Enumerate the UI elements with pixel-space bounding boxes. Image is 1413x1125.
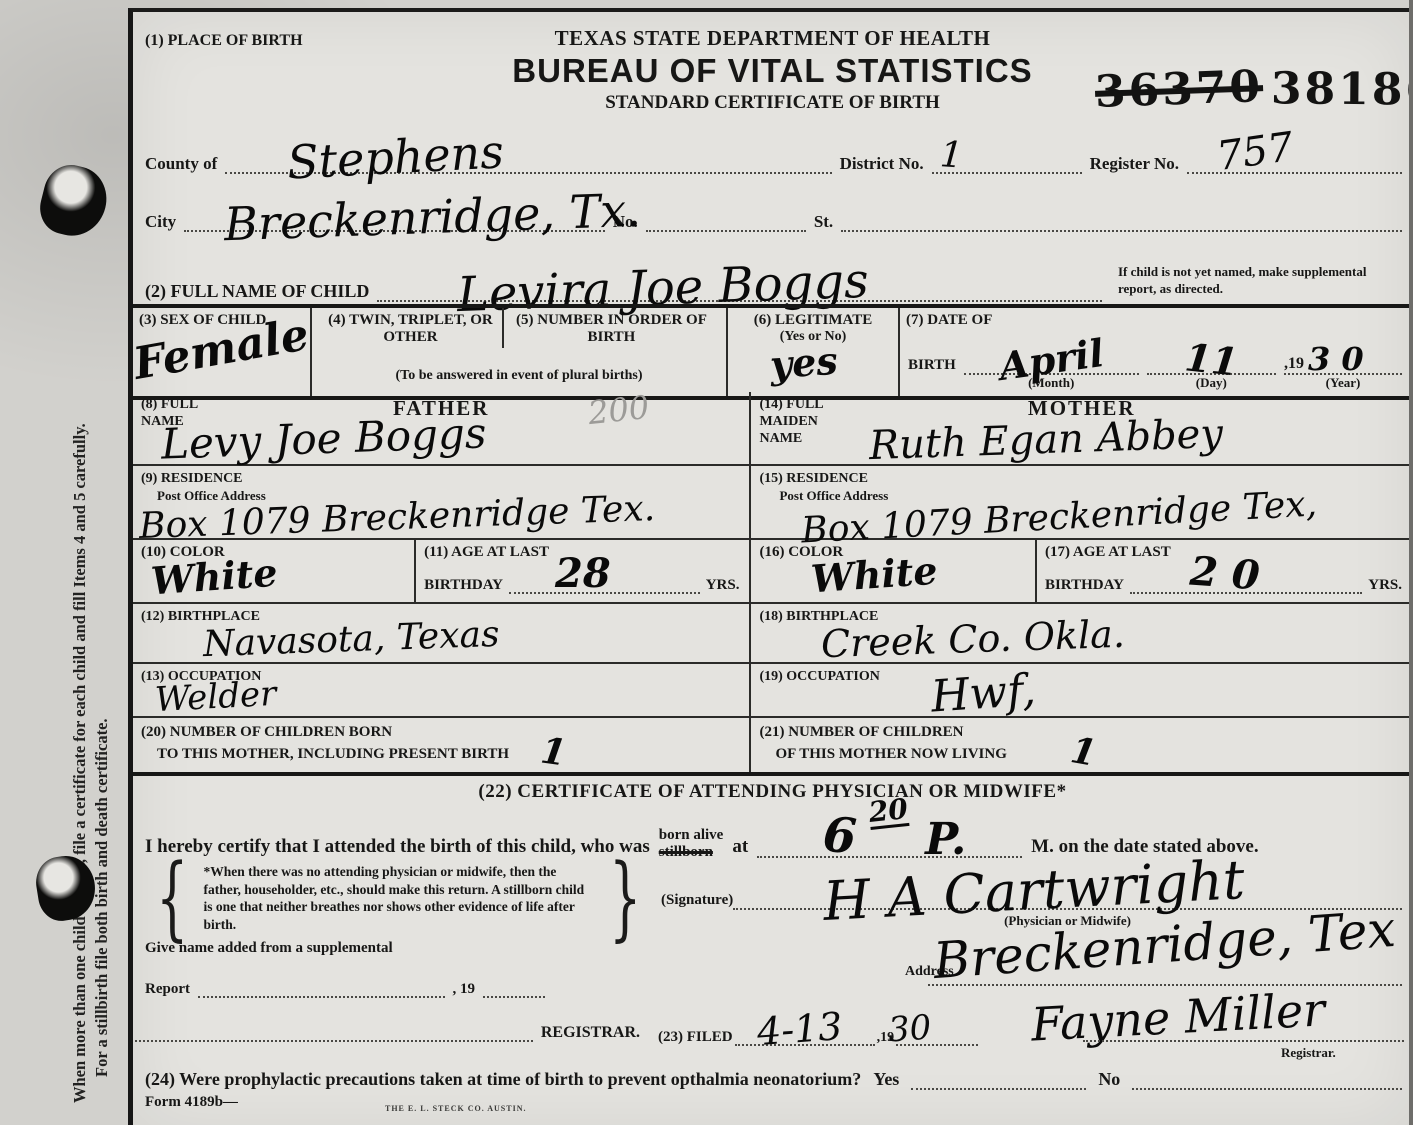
father-pencil-note: 200	[586, 391, 650, 429]
mother-age-cell: (17) AGE AT LAST BIRTHDAY 2 0 YRS.	[1037, 540, 1412, 602]
file-number-new: 38186	[1271, 63, 1413, 115]
birth-day-value: 11	[1183, 338, 1240, 381]
mother-age-line: 2 0	[1130, 584, 1362, 594]
mother-column: MOTHER (14) FULL MAIDEN NAME Ruth Egan A…	[751, 392, 1412, 774]
legitimate-box: (6) LEGITIMATE (Yes or No) yes	[728, 308, 900, 396]
yes-label: Yes	[873, 1069, 899, 1090]
mother-birthplace-row: (18) BIRTHPLACE Creek Co. Okla.	[751, 604, 1412, 664]
mother-residence-label: (15) RESIDENCE	[759, 471, 868, 488]
father-age-sublabel: BIRTHDAY	[424, 577, 503, 594]
question-24-row: (24) Were prophylactic precautions taken…	[145, 1058, 1402, 1090]
father-age-line: 28	[509, 584, 700, 594]
father-color-age-row: (10) COLOR White (11) AGE AT LAST BIRTHD…	[133, 540, 749, 604]
filed-date-value: 4-13	[755, 1007, 843, 1051]
unnamed-child-note: If child is not yet named, make suppleme…	[1118, 264, 1408, 298]
father-age-label: (11) AGE AT LAST	[424, 544, 549, 560]
father-residence-label: (9) RESIDENCE	[141, 471, 243, 488]
father-age-unit: YRS.	[706, 577, 740, 594]
yes-line	[911, 1080, 1086, 1090]
filed-date-line: 4-13	[735, 1034, 875, 1046]
city-value: Breckenridge, Tx.	[223, 187, 641, 248]
plural-box-divider	[502, 308, 504, 348]
children-born-sublabel: TO THIS MOTHER, INCLUDING PRESENT BIRTH	[157, 746, 509, 762]
children-born-row: (20) NUMBER OF CHILDREN BORN TO THIS MOT…	[133, 718, 749, 778]
city-label: City	[145, 212, 176, 232]
report-line	[198, 986, 445, 998]
children-born-sublabel-wrap: TO THIS MOTHER, INCLUDING PRESENT BIRTH …	[157, 734, 566, 770]
plural-note: (To be answered in event of plural birth…	[312, 368, 726, 384]
report-label: Report	[145, 981, 190, 998]
registrar-line	[135, 1030, 533, 1042]
father-age-cell: (11) AGE AT LAST BIRTHDAY 28 YRS.	[416, 540, 749, 602]
no-line	[1132, 1080, 1402, 1090]
report-year-printed: , 19	[453, 981, 476, 998]
born-alive-option: born alive	[659, 827, 724, 844]
mother-residence-sublabel: Post Office Address	[779, 488, 888, 504]
father-age-value: 28	[555, 554, 611, 594]
registrar-label: REGISTRAR.	[541, 1024, 640, 1042]
county-label: County of	[145, 154, 217, 174]
birth-day-field: 11 (Day)	[1147, 341, 1276, 392]
time-line: 6 20 P.	[757, 812, 1022, 858]
father-column: FATHER (8) FULL NAME Levy Joe Boggs 200 …	[133, 392, 751, 774]
parents-table: FATHER (8) FULL NAME Levy Joe Boggs 200 …	[133, 392, 1412, 774]
district-value: 1	[938, 137, 963, 175]
time-hour-value: 6	[822, 811, 859, 861]
legitimate-value: yes	[769, 342, 839, 385]
mother-birthplace-value: Creek Co. Okla.	[821, 615, 1126, 664]
born-alive-stack: born alive stillborn	[659, 827, 724, 862]
question-24-text: (24) Were prophylactic precautions taken…	[145, 1069, 861, 1090]
child-name-line: Levira Joe Boggs	[377, 290, 1102, 302]
street-label: St.	[814, 212, 833, 232]
form-number: Form 4189b—	[145, 1094, 238, 1111]
birth-label: BIRTH	[908, 357, 956, 374]
mother-name-row: MOTHER (14) FULL MAIDEN NAME Ruth Egan A…	[751, 392, 1412, 466]
filed-year-line: 30	[896, 1034, 978, 1046]
legitimate-label: (6) LEGITIMATE	[734, 312, 892, 329]
certify-text: I hereby certify that I attended the bir…	[145, 836, 650, 858]
printer-mark: THE E. L. STECK CO. AUSTIN.	[385, 1104, 526, 1113]
certificate-form: (1) PLACE OF BIRTH TEXAS STATE DEPARTMEN…	[128, 8, 1412, 1125]
file-number-stamp: 36370 38186	[1095, 64, 1413, 115]
address-line	[928, 984, 1402, 986]
registrar-signature-line	[1083, 1040, 1404, 1042]
district-line: 1	[932, 162, 1082, 174]
county-value: Stephens	[286, 128, 505, 185]
county-line: Stephens	[225, 162, 831, 174]
child-name-label: (2) FULL NAME OF CHILD	[145, 281, 369, 302]
children-living-sublabel: OF THIS MOTHER NOW LIVING	[775, 746, 1006, 762]
father-residence-row: (9) RESIDENCE Post Office Address Box 10…	[133, 466, 749, 540]
district-label: District No.	[840, 154, 924, 174]
children-living-sublabel-wrap: OF THIS MOTHER NOW LIVING 1	[775, 734, 1095, 770]
stillborn-option: stillborn	[659, 844, 724, 861]
street-number-line	[646, 220, 806, 232]
physician-section-title: (22) CERTIFICATE OF ATTENDING PHYSICIAN …	[133, 772, 1412, 803]
twin-label: (4) TWIN, TRIPLET, OR OTHER	[318, 312, 503, 347]
mother-age-label: (17) AGE AT LAST	[1045, 544, 1171, 560]
father-birthplace-row: (12) BIRTHPLACE Navasota, Texas	[133, 604, 749, 664]
plural-birth-box: (4) TWIN, TRIPLET, OR OTHER (5) NUMBER I…	[312, 308, 728, 396]
no-label: No	[1098, 1069, 1120, 1090]
scanned-birth-certificate: When more than one child is born, file a…	[0, 0, 1413, 1125]
birth-month-line: April	[964, 341, 1139, 375]
time-meridiem-value: P.	[925, 818, 966, 862]
father-birthplace-value: Navasota, Texas	[202, 617, 500, 663]
father-color-cell: (10) COLOR White	[133, 540, 416, 602]
signature-label: (Signature)	[661, 892, 733, 909]
mother-age-value: 2 0	[1189, 552, 1261, 597]
footnote-text: *When there was no attending physician o…	[202, 863, 597, 934]
father-color-value: White	[150, 554, 279, 601]
birth-day-line: 11	[1147, 341, 1276, 375]
mother-color-cell: (16) COLOR White	[751, 540, 1037, 602]
mother-color-value: White	[810, 552, 939, 599]
filed-year-value: 30	[887, 1011, 933, 1048]
register-value: 757	[1215, 127, 1296, 177]
father-occupation-row: (13) OCCUPATION Welder	[133, 664, 749, 718]
detail-boxes-row: (3) SEX OF CHILD Female (4) TWIN, TRIPLE…	[133, 304, 1412, 400]
father-occupation-value: Welder	[154, 677, 277, 717]
order-label: (5) NUMBER IN ORDER OF BIRTH	[503, 312, 720, 347]
mother-residence-row: (15) RESIDENCE Post Office Address Box 1…	[751, 466, 1412, 540]
children-living-value: 1	[1068, 732, 1099, 772]
mother-occupation-value: Hwf,	[930, 668, 1038, 719]
mother-occupation-row: (19) OCCUPATION Hwf,	[751, 664, 1412, 718]
stillborn-footnote: { *When there was no attending physician…	[143, 857, 655, 940]
mother-age-unit: YRS.	[1368, 577, 1402, 594]
register-label: Register No.	[1090, 154, 1179, 174]
register-line: 757	[1187, 162, 1402, 174]
file-number-old: 36370	[1094, 61, 1264, 118]
sex-box: (3) SEX OF CHILD Female	[133, 308, 312, 396]
date-of-birth-box: (7) DATE OF BIRTH April (Month) 11 (Day)	[900, 308, 1412, 396]
birth-month-field: April (Month)	[964, 341, 1139, 392]
birth-year-line: ,19 3 0	[1284, 341, 1402, 375]
department-title: TEXAS STATE DEPARTMENT OF HEALTH	[133, 26, 1412, 51]
mother-name-label: (14) FULL MAIDEN NAME	[759, 397, 845, 447]
time-minutes-value: 20	[868, 795, 910, 830]
street-line	[841, 220, 1402, 232]
mother-name-value: Ruth Egan Abbey	[869, 414, 1224, 466]
filed-label: (23) FILED	[658, 1029, 733, 1046]
birth-year-value: 3 0	[1308, 343, 1364, 375]
report-year-line	[483, 986, 545, 998]
father-name-value: Levy Joe Boggs	[160, 412, 487, 465]
at-label: at	[732, 836, 748, 858]
mother-color-age-row: (16) COLOR White (17) AGE AT LAST BIRTHD…	[751, 540, 1412, 604]
birth-year-field: ,19 3 0 (Year)	[1284, 341, 1402, 392]
mother-age-sublabel: BIRTHDAY	[1045, 577, 1124, 594]
brace-left: {	[156, 857, 188, 940]
birth-year-printed: ,19	[1284, 355, 1304, 373]
registrar-signature-value: Fayne Miller	[1030, 986, 1326, 1047]
mother-occupation-label: (19) OCCUPATION	[759, 669, 879, 686]
date-of-birth-label: (7) DATE OF	[906, 312, 1406, 329]
brace-right: }	[610, 857, 642, 940]
city-line: Breckenridge, Tx.	[184, 220, 605, 232]
supplemental-label: Give name added from a supplemental	[145, 940, 393, 957]
children-born-value: 1	[538, 732, 568, 771]
children-living-row: (21) NUMBER OF CHILDREN OF THIS MOTHER N…	[751, 718, 1412, 778]
father-name-row: FATHER (8) FULL NAME Levy Joe Boggs 200	[133, 392, 749, 466]
